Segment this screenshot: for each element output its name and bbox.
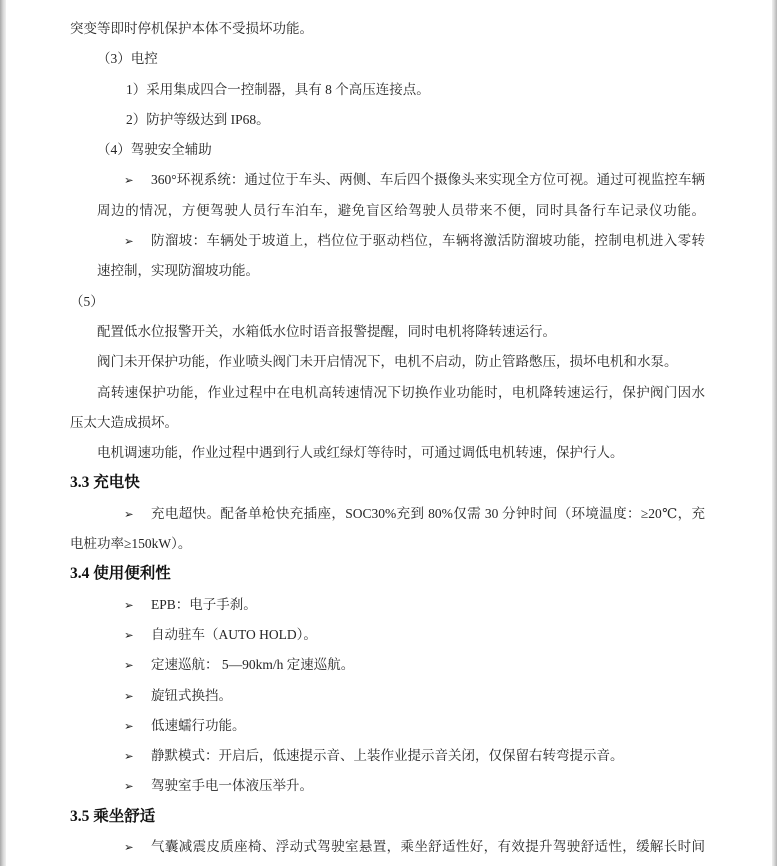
section-heading: 3.4 使用便利性: [70, 559, 705, 589]
text-line: （3）电控: [70, 44, 705, 74]
document-page: 突变等即时停机保护本体不受损坏功能。（3）电控1）采用集成四合一控制器，具有 8…: [0, 0, 777, 866]
line-text: 压太大造成损坏。: [70, 415, 178, 430]
line-text: 3.3 充电快: [70, 474, 140, 491]
arrow-bullet-icon: ➢: [124, 682, 151, 712]
arrow-bullet-icon: ➢: [124, 833, 151, 863]
text-line: ➢自动驻车（AUTO HOLD）。: [70, 620, 705, 650]
line-text: 速控制，实现防溜坡功能。: [97, 263, 259, 278]
line-text: 电桩功率≥150kW）。: [70, 536, 191, 551]
line-text: 防溜坡：车辆处于坡道上，档位位于驱动档位，车辆将激活防溜坡功能，控制电机进入零转: [151, 226, 705, 256]
line-text: 定速巡航： 5—90km/h 定速巡航。: [151, 657, 354, 672]
text-line: ➢低速蠕行功能。: [70, 711, 705, 741]
text-line: 速控制，实现防溜坡功能。: [70, 256, 705, 286]
text-line: ➢定速巡航： 5—90km/h 定速巡航。: [70, 650, 705, 680]
text-line: ➢静默模式：开启后，低速提示音、上装作业提示音关闭，仅保留右转弯提示音。: [70, 741, 705, 771]
text-line: ➢EPB：电子手刹。: [70, 590, 705, 620]
arrow-bullet-icon: ➢: [124, 500, 151, 530]
line-text: 配置低水位报警开关，水箱低水位时语音报警提醒，同时电机将降转速运行。: [97, 324, 556, 339]
line-text: 突变等即时停机保护本体不受损坏功能。: [70, 21, 313, 36]
page-edge-right: [772, 0, 777, 866]
text-line: ➢驾驶室手电一体液压举升。: [70, 771, 705, 801]
text-line: 周边的情况，方便驾驶人员行车泊车，避免盲区给驾驶人员带来不便，同时具备行车记录仪…: [70, 196, 705, 226]
text-line: ➢充电超快。配备单枪快充插座，SOC30%充到 80%仅需 30 分钟时间（环境…: [70, 499, 705, 529]
text-line: ➢360°环视系统：通过位于车头、两侧、车后四个摄像头来实现全方位可视。通过可视…: [70, 165, 705, 195]
line-text: （3）电控: [97, 51, 158, 66]
line-text: 3.5 乘坐舒适: [70, 808, 155, 825]
arrow-bullet-icon: ➢: [124, 621, 151, 651]
line-text: （4）驾驶安全辅助: [97, 142, 212, 157]
text-line: 1）采用集成四合一控制器，具有 8 个高压连接点。: [70, 75, 705, 105]
text-line: 配置低水位报警开关，水箱低水位时语音报警提醒，同时电机将降转速运行。: [70, 317, 705, 347]
text-line: ➢防溜坡：车辆处于坡道上，档位位于驱动档位，车辆将激活防溜坡功能，控制电机进入零…: [70, 226, 705, 256]
document-body: 突变等即时停机保护本体不受损坏功能。（3）电控1）采用集成四合一控制器，具有 8…: [70, 14, 705, 862]
text-line: 压太大造成损坏。: [70, 408, 705, 438]
line-text: 高转速保护功能，作业过程中在电机高转速情况下切换作业功能时，电机降转速运行，保护…: [97, 378, 705, 408]
arrow-bullet-icon: ➢: [124, 166, 151, 196]
section-heading: 3.5 乘坐舒适: [70, 802, 705, 832]
line-text: 气囊减震皮质座椅、浮动式驾驶室悬置，乘坐舒适性好，有效提升驾驶舒适性，缓解长时间: [151, 832, 705, 862]
text-line: 电机调速功能，作业过程中遇到行人或红绿灯等待时，可通过调低电机转速，保护行人。: [70, 438, 705, 468]
page-edge-left: [0, 0, 6, 866]
arrow-bullet-icon: ➢: [124, 227, 151, 257]
section-heading: 3.3 充电快: [70, 468, 705, 498]
line-text: 电机调速功能，作业过程中遇到行人或红绿灯等待时，可通过调低电机转速，保护行人。: [97, 445, 624, 460]
line-text: 自动驻车（AUTO HOLD）。: [151, 627, 317, 642]
text-line: 高转速保护功能，作业过程中在电机高转速情况下切换作业功能时，电机降转速运行，保护…: [70, 378, 705, 408]
arrow-bullet-icon: ➢: [124, 591, 151, 621]
text-line: 2）防护等级达到 IP68。: [70, 105, 705, 135]
arrow-bullet-icon: ➢: [124, 712, 151, 742]
arrow-bullet-icon: ➢: [124, 742, 151, 772]
line-text: 2）防护等级达到 IP68。: [126, 112, 270, 127]
line-text: 360°环视系统：通过位于车头、两侧、车后四个摄像头来实现全方位可视。通过可视监…: [151, 165, 705, 195]
line-text: 静默模式：开启后，低速提示音、上装作业提示音关闭，仅保留右转弯提示音。: [151, 748, 624, 763]
line-text: 低速蠕行功能。: [151, 718, 246, 733]
text-line: 阀门未开保护功能，作业喷头阀门未开启情况下，电机不启动，防止管路憋压，损坏电机和…: [70, 347, 705, 377]
line-text: （5）: [70, 294, 104, 309]
arrow-bullet-icon: ➢: [124, 651, 151, 681]
text-line: ➢旋钮式换挡。: [70, 681, 705, 711]
line-text: 周边的情况，方便驾驶人员行车泊车，避免盲区给驾驶人员带来不便，同时具备行车记录仪…: [97, 196, 705, 226]
text-line: （5）: [70, 287, 705, 317]
text-line: 电桩功率≥150kW）。: [70, 529, 705, 559]
text-line: 突变等即时停机保护本体不受损坏功能。: [70, 14, 705, 44]
line-text: EPB：电子手刹。: [151, 597, 257, 612]
line-text: 驾驶室手电一体液压举升。: [151, 778, 313, 793]
arrow-bullet-icon: ➢: [124, 772, 151, 802]
line-text: 1）采用集成四合一控制器，具有 8 个高压连接点。: [126, 82, 430, 97]
text-line: （4）驾驶安全辅助: [70, 135, 705, 165]
line-text: 阀门未开保护功能，作业喷头阀门未开启情况下，电机不启动，防止管路憋压，损坏电机和…: [97, 354, 678, 369]
line-text: 旋钮式换挡。: [151, 688, 232, 703]
line-text: 3.4 使用便利性: [70, 565, 171, 582]
text-line: ➢气囊减震皮质座椅、浮动式驾驶室悬置，乘坐舒适性好，有效提升驾驶舒适性，缓解长时…: [70, 832, 705, 862]
line-text: 充电超快。配备单枪快充插座，SOC30%充到 80%仅需 30 分钟时间（环境温…: [151, 499, 705, 529]
